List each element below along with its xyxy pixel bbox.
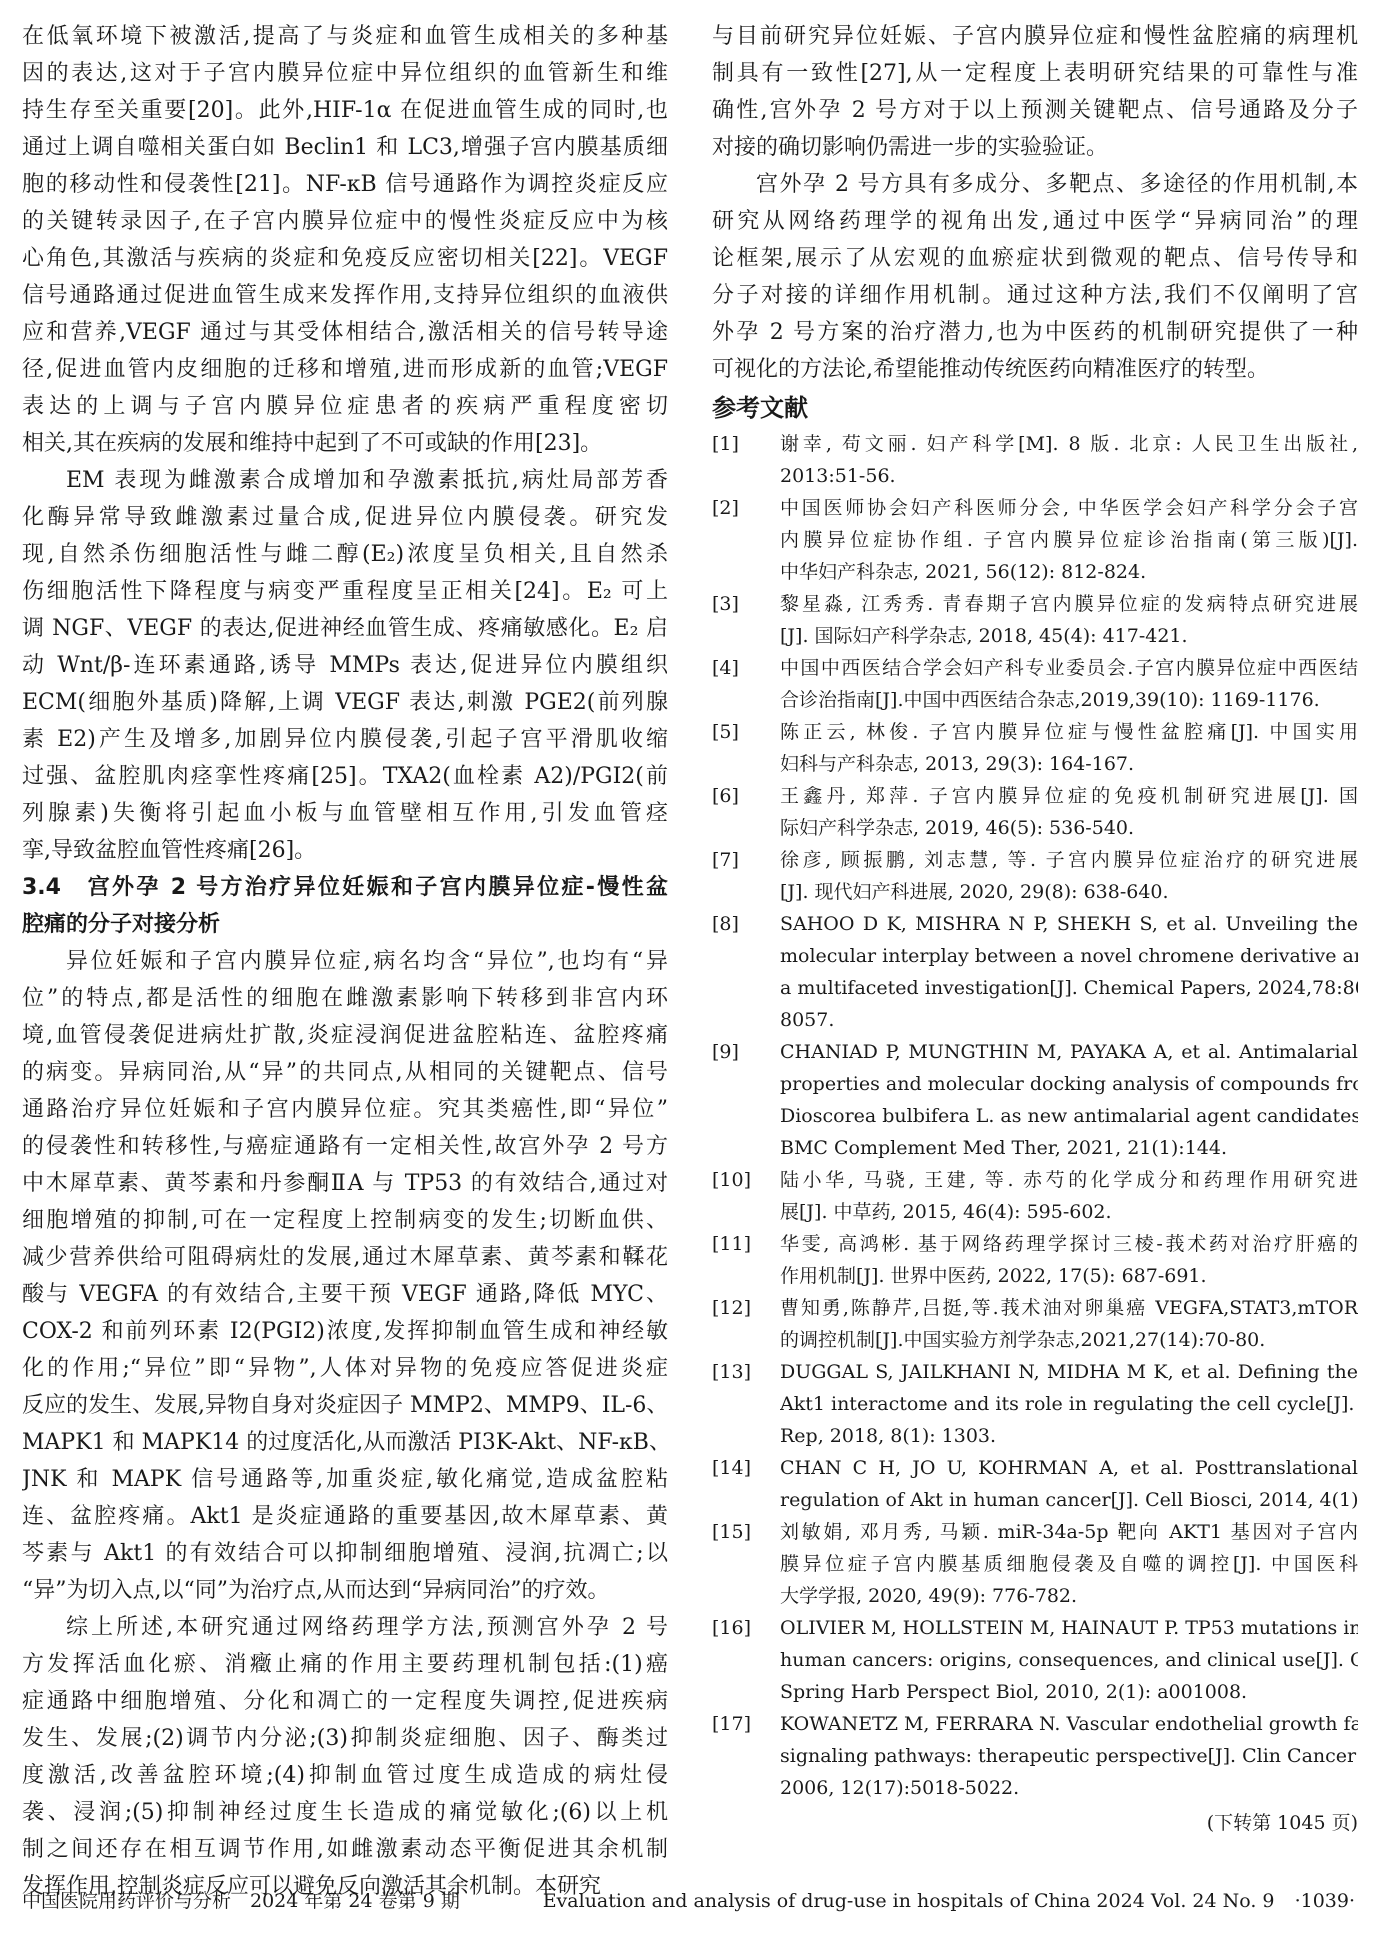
text-line: 过强、盆腔肌肉痉挛性疼痛[25]。TXA2(血栓素 A2)/PGI2(前 <box>22 758 668 795</box>
text-line: 症通路中细胞增殖、分化和凋亡的一定程度失调控,促进疾病 <box>22 1683 668 1720</box>
reference-text-line: 王鑫丹, 郑萍. 子宫内膜异位症的免疫机制研究进展[J]. 国 <box>780 780 1358 812</box>
reference-text-line: properties and molecular docking analysi… <box>780 1068 1358 1100</box>
text-line: 的侵袭性和转移性,与癌症通路有一定相关性,故宫外孕 2 号方 <box>22 1128 668 1165</box>
reference-text-line: CHANIAD P, MUNGTHIN M, PAYAKA A, et al. … <box>780 1036 1358 1068</box>
reference-text-line: 徐彦, 顾振鹏, 刘志慧, 等. 子宫内膜异位症治疗的研究进展 <box>780 844 1358 876</box>
reference-number: [15] <box>712 1516 772 1548</box>
reference-text-line: 膜异位症子宫内膜基质细胞侵袭及自噬的调控[J]. 中国医科 <box>780 1548 1358 1580</box>
reference-text-line: 华雯, 高鸿彬. 基于网络药理学探讨三棱-莪术药对治疗肝癌的 <box>780 1228 1358 1260</box>
text-line: 制具有一致性[27],从一定程度上表明研究结果的可靠性与准 <box>712 55 1358 92</box>
reference-number: [5] <box>712 716 772 748</box>
reference-number: [4] <box>712 652 772 684</box>
reference-text-line: 2006, 12(17):5018-5022. <box>780 1772 1358 1804</box>
left-column: 在低氧环境下被激活,提高了与炎症和血管生成相关的多种基因的表达,这对于子宫内膜异… <box>22 18 668 1905</box>
reference-text-line: 陆小华, 马骁, 王建, 等. 赤芍的化学成分和药理作用研究进 <box>780 1164 1358 1196</box>
reference-text-line: regulation of Akt in human cancer[J]. Ce… <box>780 1484 1358 1516</box>
references-title: 参考文献 <box>712 388 1358 428</box>
reference-text-line: 展[J]. 中草药, 2015, 46(4): 595-602. <box>780 1196 1358 1228</box>
text-line: 研究从网络药理学的视角出发,通过中医学“异病同治”的理 <box>712 203 1358 240</box>
reference-text-line: Akt1 interactome and its role in regulat… <box>780 1388 1358 1420</box>
reference-text-line: DUGGAL S, JAILKHANI N, MIDHA M K, et al.… <box>780 1356 1358 1388</box>
text-line: 胞的移动性和侵袭性[21]。NF-κB 信号通路作为调控炎症反应 <box>22 166 668 203</box>
footer-journal-en: Evaluation and analysis of drug-use in h… <box>543 1886 1355 1916</box>
text-line: 化的作用;“异位”即“异物”,人体对异物的免疫应答促进炎症 <box>22 1350 668 1387</box>
text-line: 径,促进血管内皮细胞的迁移和增殖,进而形成新的血管;VEGF <box>22 351 668 388</box>
text-line: 分子对接的详细作用机制。通过这种方法,我们不仅阐明了宫 <box>712 277 1358 314</box>
text-line: 调 NGF、VEGF 的表达,促进神经血管生成、疼痛敏感化。E₂ 启 <box>22 610 668 647</box>
paragraph-summary: 综上所述,本研究通过网络药理学方法,预测宫外孕 2 号方发挥活血化瘀、消癥止痛的… <box>22 1609 668 1905</box>
reference-text-line: 际妇产科学杂志, 2019, 46(5): 536-540. <box>780 812 1358 844</box>
text-line: 减少营养供给可阻碍病灶的发展,通过木犀草素、黄芩素和鞣花 <box>22 1239 668 1276</box>
reference-text-line: [J]. 国际妇产科学杂志, 2018, 45(4): 417-421. <box>780 620 1358 652</box>
reference-text-line: 中国中西医结合学会妇产科专业委员会.子宫内膜异位症中西医结 <box>780 652 1358 684</box>
reference-text-line: 8057. <box>780 1004 1358 1036</box>
text-line: 方发挥活血化瘀、消癥止痛的作用主要药理机制包括:(1)癌 <box>22 1646 668 1683</box>
text-line: 发生、发展;(2)调节内分泌;(3)抑制炎症细胞、因子、酶类过 <box>22 1720 668 1757</box>
reference-number: [2] <box>712 492 772 524</box>
text-line: ECM(细胞外基质)降解,上调 VEGF 表达,刺激 PGE2(前列腺 <box>22 684 668 721</box>
reference-text-line: 陈正云, 林俊. 子宫内膜异位症与慢性盆腔痛[J]. 中国实用 <box>780 716 1358 748</box>
text-line: 现,自然杀伤细胞活性与雌二醇(E₂)浓度呈负相关,且自然杀 <box>22 536 668 573</box>
text-line: 对接的确切影响仍需进一步的实验验证。 <box>712 129 1358 166</box>
reference-number: [17] <box>712 1708 772 1740</box>
reference-item: [2]中国医师协会妇产科医师分会, 中华医学会妇产科学分会子宫内膜异位症协作组.… <box>712 492 1358 588</box>
reference-number: [11] <box>712 1228 772 1260</box>
page-footer: 中国医院用药评价与分析 2024 年第 24 卷第 9 期 Evaluation… <box>22 1886 1355 1916</box>
text-line: 中木犀草素、黄芩素和丹参酮ⅡA 与 TP53 的有效结合,通过对 <box>22 1165 668 1202</box>
text-line: 化酶异常导致雌激素过量合成,促进异位内膜侵袭。研究发 <box>22 499 668 536</box>
reference-number: [9] <box>712 1036 772 1068</box>
reference-list: [1]谢幸, 苟文丽. 妇产科学[M]. 8 版. 北京: 人民卫生出版社,20… <box>712 428 1358 1804</box>
paragraph-conclusion: 宫外孕 2 号方具有多成分、多靶点、多途径的作用机制,本研究从网络药理学的视角出… <box>712 166 1358 388</box>
footer-journal-en-text: Evaluation and analysis of drug-use in h… <box>543 1890 1275 1912</box>
reference-number: [1] <box>712 428 772 460</box>
reference-number: [12] <box>712 1292 772 1324</box>
reference-number: [6] <box>712 780 772 812</box>
text-line: 通过上调自噬相关蛋白如 Beclin1 和 LC3,增强子宫内膜基质细 <box>22 129 668 166</box>
text-line: 应和营养,VEGF 通过与其受体相结合,激活相关的信号转导途 <box>22 314 668 351</box>
reference-text-line: 大学学报, 2020, 49(9): 776-782. <box>780 1580 1358 1612</box>
reference-item: [13]DUGGAL S, JAILKHANI N, MIDHA M K, et… <box>712 1356 1358 1452</box>
reference-text-line: KOWANETZ M, FERRARA N. Vascular endothel… <box>780 1708 1358 1740</box>
reference-number: [8] <box>712 908 772 940</box>
text-line: 外孕 2 号方案的治疗潜力,也为中医药的机制研究提供了一种 <box>712 314 1358 351</box>
text-line: 的关键转录因子,在子宫内膜异位症中的慢性炎症反应中为核 <box>22 203 668 240</box>
continued-on-page-note: (下转第 1045 页) <box>712 1806 1358 1840</box>
text-line: 相关,其在疾病的发展和维持中起到了不可或缺的作用[23]。 <box>22 425 668 462</box>
text-line: 度激活,改善盆腔环境;(4)抑制血管过度生成造成的病灶侵 <box>22 1757 668 1794</box>
paragraph-hif-nfkb-vegf: 在低氧环境下被激活,提高了与炎症和血管生成相关的多种基因的表达,这对于子宫内膜异… <box>22 18 668 462</box>
paragraph-estrogen-mechanism: EM 表现为雌激素合成增加和孕激素抵抗,病灶局部芳香化酶异常导致雌激素过量合成,… <box>22 462 668 869</box>
reference-item: [9]CHANIAD P, MUNGTHIN M, PAYAKA A, et a… <box>712 1036 1358 1164</box>
text-line: 境,血管侵袭促进病灶扩散,炎症浸润促进盆腔粘连、盆腔疼痛 <box>22 1017 668 1054</box>
right-column: 与目前研究异位妊娠、子宫内膜异位症和慢性盆腔痛的病理机制具有一致性[27],从一… <box>712 18 1358 1840</box>
reference-item: [8]SAHOO D K, MISHRA N P, SHEKH S, et al… <box>712 908 1358 1036</box>
reference-number: [13] <box>712 1356 772 1388</box>
reference-item: [17]KOWANETZ M, FERRARA N. Vascular endo… <box>712 1708 1358 1804</box>
reference-text-line: human cancers: origins, consequences, an… <box>780 1644 1358 1676</box>
reference-text-line: Rep, 2018, 8(1): 1303. <box>780 1420 1358 1452</box>
text-line: 持生存至关重要[20]。此外,HIF-1α 在促进血管生成的同时,也 <box>22 92 668 129</box>
text-line: 因的表达,这对于子宫内膜异位症中异位组织的血管新生和维 <box>22 55 668 92</box>
text-line: 芩素与 Akt1 的有效结合可以抑制细胞增殖、浸润,抗凋亡;以 <box>22 1535 668 1572</box>
reference-item: [4]中国中西医结合学会妇产科专业委员会.子宫内膜异位症中西医结合诊治指南[J]… <box>712 652 1358 716</box>
reference-number: [16] <box>712 1612 772 1644</box>
text-line: 可视化的方法论,希望能推动传统医药向精准医疗的转型。 <box>712 351 1358 388</box>
paragraph-same-treatment-different-diseases: 异位妊娠和子宫内膜异位症,病名均含“异位”,也均有“异位”的特点,都是活性的细胞… <box>22 943 668 1609</box>
text-line: 异位妊娠和子宫内膜异位症,病名均含“异位”,也均有“异 <box>22 943 668 980</box>
reference-text-line: BMC Complement Med Ther, 2021, 21(1):144… <box>780 1132 1358 1164</box>
reference-text-line: signaling pathways: therapeutic perspect… <box>780 1740 1358 1772</box>
reference-number: [10] <box>712 1164 772 1196</box>
reference-text-line: a multifaceted investigation[J]. Chemica… <box>780 972 1358 1004</box>
text-line: 通路治疗异位妊娠和子宫内膜异位症。究其类癌性,即“异位” <box>22 1091 668 1128</box>
text-line: “异”为切入点,以“同”为治疗点,从而达到“异病同治”的疗效。 <box>22 1572 668 1609</box>
reference-text-line: 中华妇产科杂志, 2021, 56(12): 812-824. <box>780 556 1358 588</box>
reference-item: [14]CHAN C H, JO U, KOHRMAN A, et al. Po… <box>712 1452 1358 1516</box>
text-line: 位”的特点,都是活性的细胞在雌激素影响下转移到非宫内环 <box>22 980 668 1017</box>
reference-text-line: 谢幸, 苟文丽. 妇产科学[M]. 8 版. 北京: 人民卫生出版社, <box>780 428 1358 460</box>
reference-number: [3] <box>712 588 772 620</box>
reference-text-line: 妇科与产科杂志, 2013, 29(3): 164-167. <box>780 748 1358 780</box>
text-line: 连、盆腔疼痛。Akt1 是炎症通路的重要基因,故木犀草素、黄 <box>22 1498 668 1535</box>
text-line: EM 表现为雌激素合成增加和孕激素抵抗,病灶局部芳香 <box>22 462 668 499</box>
text-line: 论框架,展示了从宏观的血瘀症状到微观的靶点、信号传导和 <box>712 240 1358 277</box>
text-line: 表达的上调与子宫内膜异位症患者的疾病严重程度密切 <box>22 388 668 425</box>
reference-text-line: Spring Harb Perspect Biol, 2010, 2(1): a… <box>780 1676 1358 1708</box>
reference-text-line: CHAN C H, JO U, KOHRMAN A, et al. Posttr… <box>780 1452 1358 1484</box>
text-line: MAPK1 和 MAPK14 的过度活化,从而激活 PI3K-Akt、NF-κB… <box>22 1424 668 1461</box>
section-heading-3-4: 3.4 宫外孕 2 号方治疗异位妊娠和子宫内膜异位症-慢性盆腔痛的分子对接分析 <box>22 869 668 943</box>
reference-text-line: SAHOO D K, MISHRA N P, SHEKH S, et al. U… <box>780 908 1358 940</box>
text-line: 心角色,其激活与疾病的炎症和免疫反应密切相关[22]。VEGF <box>22 240 668 277</box>
text-line: 列腺素)失衡将引起血小板与血管壁相互作用,引发血管痉 <box>22 795 668 832</box>
reference-text-line: 刘敏娟, 邓月秀, 马颖. miR-34a-5p 靶向 AKT1 基因对子宫内 <box>780 1516 1358 1548</box>
reference-text-line: 曹知勇,陈静芹,吕挺,等.莪术油对卵巢癌 VEGFA,STAT3,mTOR <box>780 1292 1358 1324</box>
text-line: 制之间还存在相互调节作用,如雌激素动态平衡促进其余机制 <box>22 1831 668 1868</box>
reference-item: [10]陆小华, 马骁, 王建, 等. 赤芍的化学成分和药理作用研究进展[J].… <box>712 1164 1358 1228</box>
reference-text-line: 2013:51-56. <box>780 460 1358 492</box>
reference-item: [11]华雯, 高鸿彬. 基于网络药理学探讨三棱-莪术药对治疗肝癌的作用机制[J… <box>712 1228 1358 1292</box>
reference-text-line: 作用机制[J]. 世界中医药, 2022, 17(5): 687-691. <box>780 1260 1358 1292</box>
reference-text-line: 的调控机制[J].中国实验方剂学杂志,2021,27(14):70-80. <box>780 1324 1358 1356</box>
text-line: 在低氧环境下被激活,提高了与炎症和血管生成相关的多种基 <box>22 18 668 55</box>
reference-item: [16]OLIVIER M, HOLLSTEIN M, HAINAUT P. T… <box>712 1612 1358 1708</box>
text-line: 与目前研究异位妊娠、子宫内膜异位症和慢性盆腔痛的病理机 <box>712 18 1358 55</box>
text-line: JNK 和 MAPK 信号通路等,加重炎症,敏化痛觉,造成盆腔粘 <box>22 1461 668 1498</box>
reference-item: [12]曹知勇,陈静芹,吕挺,等.莪术油对卵巢癌 VEGFA,STAT3,mTO… <box>712 1292 1358 1356</box>
text-line: 素 E2)产生及增多,加剧异位内膜侵袭,引起子宫平滑肌收缩 <box>22 721 668 758</box>
reference-item: [5]陈正云, 林俊. 子宫内膜异位症与慢性盆腔痛[J]. 中国实用妇科与产科杂… <box>712 716 1358 780</box>
reference-item: [3]黎星淼, 江秀秀. 青春期子宫内膜异位症的发病特点研究进展[J]. 国际妇… <box>712 588 1358 652</box>
footer-journal-cn: 中国医院用药评价与分析 2024 年第 24 卷第 9 期 <box>22 1886 460 1916</box>
reference-item: [15]刘敏娟, 邓月秀, 马颖. miR-34a-5p 靶向 AKT1 基因对… <box>712 1516 1358 1612</box>
reference-text-line: OLIVIER M, HOLLSTEIN M, HAINAUT P. TP53 … <box>780 1612 1358 1644</box>
text-line: 袭、浸润;(5)抑制神经过度生长造成的痛觉敏化;(6)以上机 <box>22 1794 668 1831</box>
text-line: COX-2 和前列环素 I2(PGI2)浓度,发挥抑制血管生成和神经敏 <box>22 1313 668 1350</box>
text-line: 的病变。异病同治,从“异”的共同点,从相同的关键靶点、信号 <box>22 1054 668 1091</box>
reference-item: [7]徐彦, 顾振鹏, 刘志慧, 等. 子宫内膜异位症治疗的研究进展[J]. 现… <box>712 844 1358 908</box>
reference-text-line: 内膜异位症协作组. 子宫内膜异位症诊治指南(第三版)[J]. <box>780 524 1358 556</box>
text-line: 综上所述,本研究通过网络药理学方法,预测宫外孕 2 号 <box>22 1609 668 1646</box>
text-line: 腔痛的分子对接分析 <box>22 906 668 943</box>
page-number: ·1039· <box>1295 1890 1355 1912</box>
text-line: 动 Wnt/β-连环素通路,诱导 MMPs 表达,促进异位内膜组织 <box>22 647 668 684</box>
text-line: 确性,宫外孕 2 号方对于以上预测关键靶点、信号通路及分子 <box>712 92 1358 129</box>
text-line: 细胞增殖的抑制,可在一定程度上控制病变的发生;切断血供、 <box>22 1202 668 1239</box>
reference-number: [7] <box>712 844 772 876</box>
reference-text-line: [J]. 现代妇产科进展, 2020, 29(8): 638-640. <box>780 876 1358 908</box>
reference-number: [14] <box>712 1452 772 1484</box>
reference-text-line: 中国医师协会妇产科医师分会, 中华医学会妇产科学分会子宫 <box>780 492 1358 524</box>
reference-text-line: molecular interplay between a novel chro… <box>780 940 1358 972</box>
text-line: 反应的发生、发展,异物自身对炎症因子 MMP2、MMP9、IL-6、 <box>22 1387 668 1424</box>
paragraph-consistency: 与目前研究异位妊娠、子宫内膜异位症和慢性盆腔痛的病理机制具有一致性[27],从一… <box>712 18 1358 166</box>
text-line: 宫外孕 2 号方具有多成分、多靶点、多途径的作用机制,本 <box>712 166 1358 203</box>
text-line: 信号通路通过促进血管生成来发挥作用,支持异位组织的血液供 <box>22 277 668 314</box>
reference-item: [1]谢幸, 苟文丽. 妇产科学[M]. 8 版. 北京: 人民卫生出版社,20… <box>712 428 1358 492</box>
text-line: 伤细胞活性下降程度与病变严重程度呈正相关[24]。E₂ 可上 <box>22 573 668 610</box>
text-line: 挛,导致盆腔血管性疼痛[26]。 <box>22 832 668 869</box>
text-line: 酸与 VEGFA 的有效结合,主要干预 VEGF 通路,降低 MYC、 <box>22 1276 668 1313</box>
text-line: 3.4 宫外孕 2 号方治疗异位妊娠和子宫内膜异位症-慢性盆 <box>22 869 668 906</box>
reference-text-line: 合诊治指南[J].中国中西医结合杂志,2019,39(10): 1169-117… <box>780 684 1358 716</box>
reference-text-line: 黎星淼, 江秀秀. 青春期子宫内膜异位症的发病特点研究进展 <box>780 588 1358 620</box>
reference-text-line: Dioscorea bulbifera L. as new antimalari… <box>780 1100 1358 1132</box>
reference-item: [6]王鑫丹, 郑萍. 子宫内膜异位症的免疫机制研究进展[J]. 国际妇产科学杂… <box>712 780 1358 844</box>
